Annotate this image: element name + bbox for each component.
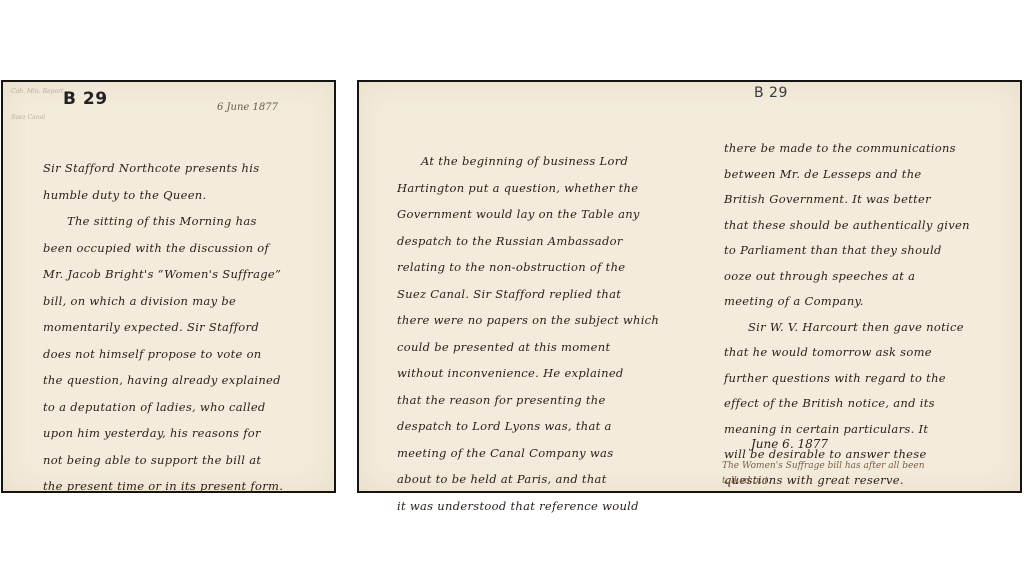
handwritten-text: Sir Stafford Northcote presents his humb… [43,155,283,500]
text-line: Mr. Jacob Bright's “Women's Suffrage” [43,261,283,288]
text-line: that these should be authentically given [724,213,970,239]
text-line: there were no papers on the subject whic… [397,307,659,334]
archive-stamp: B 29 [754,85,788,101]
date-header: 6 June 1877 [217,102,278,113]
pencil-note: Suez Canal [11,114,45,122]
handwritten-column-1: At the beginning of business Lord Hartin… [397,148,659,519]
text-line: Sir W. V. Harcourt then gave notice [724,315,970,341]
text-line: it was understood that reference would [397,493,659,520]
text-line: the question, having already explained [43,367,283,394]
text-line: the present time or in its present form. [43,473,283,500]
text-line: upon him yesterday, his reasons for [43,420,283,447]
text-line: effect of the British notice, and its [724,391,970,417]
manuscript-page-right: B 29 At the beginning of business Lord H… [357,80,1022,493]
text-line: momentarily expected. Sir Stafford [43,314,283,341]
signature-date: June 6. 1877 [751,437,828,451]
text-line: relating to the non-obstruction of the [397,254,659,281]
text-line: to a deputation of ladies, who called [43,394,283,421]
text-line: ooze out through speeches at a [724,264,970,290]
annotation-line: talked out. [722,474,925,489]
text-line: British Government. It was better [724,187,970,213]
text-line: humble duty to the Queen. [43,182,283,209]
text-line: Hartington put a question, whether the [397,175,659,202]
text-line: The sitting of this Morning has [43,208,283,235]
text-line: despatch to Lord Lyons was, that a [397,413,659,440]
text-line: not being able to support the bill at [43,447,283,474]
pencil-note: Cab. Min. Report [11,88,63,96]
text-line: despatch to the Russian Ambassador [397,228,659,255]
text-line: that the reason for presenting the [397,387,659,414]
text-line: could be presented at this moment [397,334,659,361]
text-line: there be made to the communications [724,136,970,162]
text-line: Sir Stafford Northcote presents his [43,155,283,182]
annotation-line: The Women's Suffrage bill has after all … [722,459,925,474]
text-line: Government would lay on the Table any [397,201,659,228]
later-annotation: The Women's Suffrage bill has after all … [722,459,925,489]
text-line: about to be held at Paris, and that [397,466,659,493]
text-line: between Mr. de Lesseps and the [724,162,970,188]
text-line: further questions with regard to the [724,366,970,392]
text-line: bill, on which a division may be [43,288,283,315]
text-line: that he would tomorrow ask some [724,340,970,366]
manuscript-page-left: Cab. Min. Report Suez Canal B 29 6 June … [1,80,336,493]
text-line: Suez Canal. Sir Stafford replied that [397,281,659,308]
text-line: been occupied with the discussion of [43,235,283,262]
text-line: At the beginning of business Lord [397,148,659,175]
text-line: meeting of the Canal Company was [397,440,659,467]
text-line: does not himself propose to vote on [43,341,283,368]
text-line: meeting of a Company. [724,289,970,315]
text-line: without inconvenience. He explained [397,360,659,387]
archive-stamp: B 29 [63,89,108,109]
text-line: to Parliament than that they should [724,238,970,264]
